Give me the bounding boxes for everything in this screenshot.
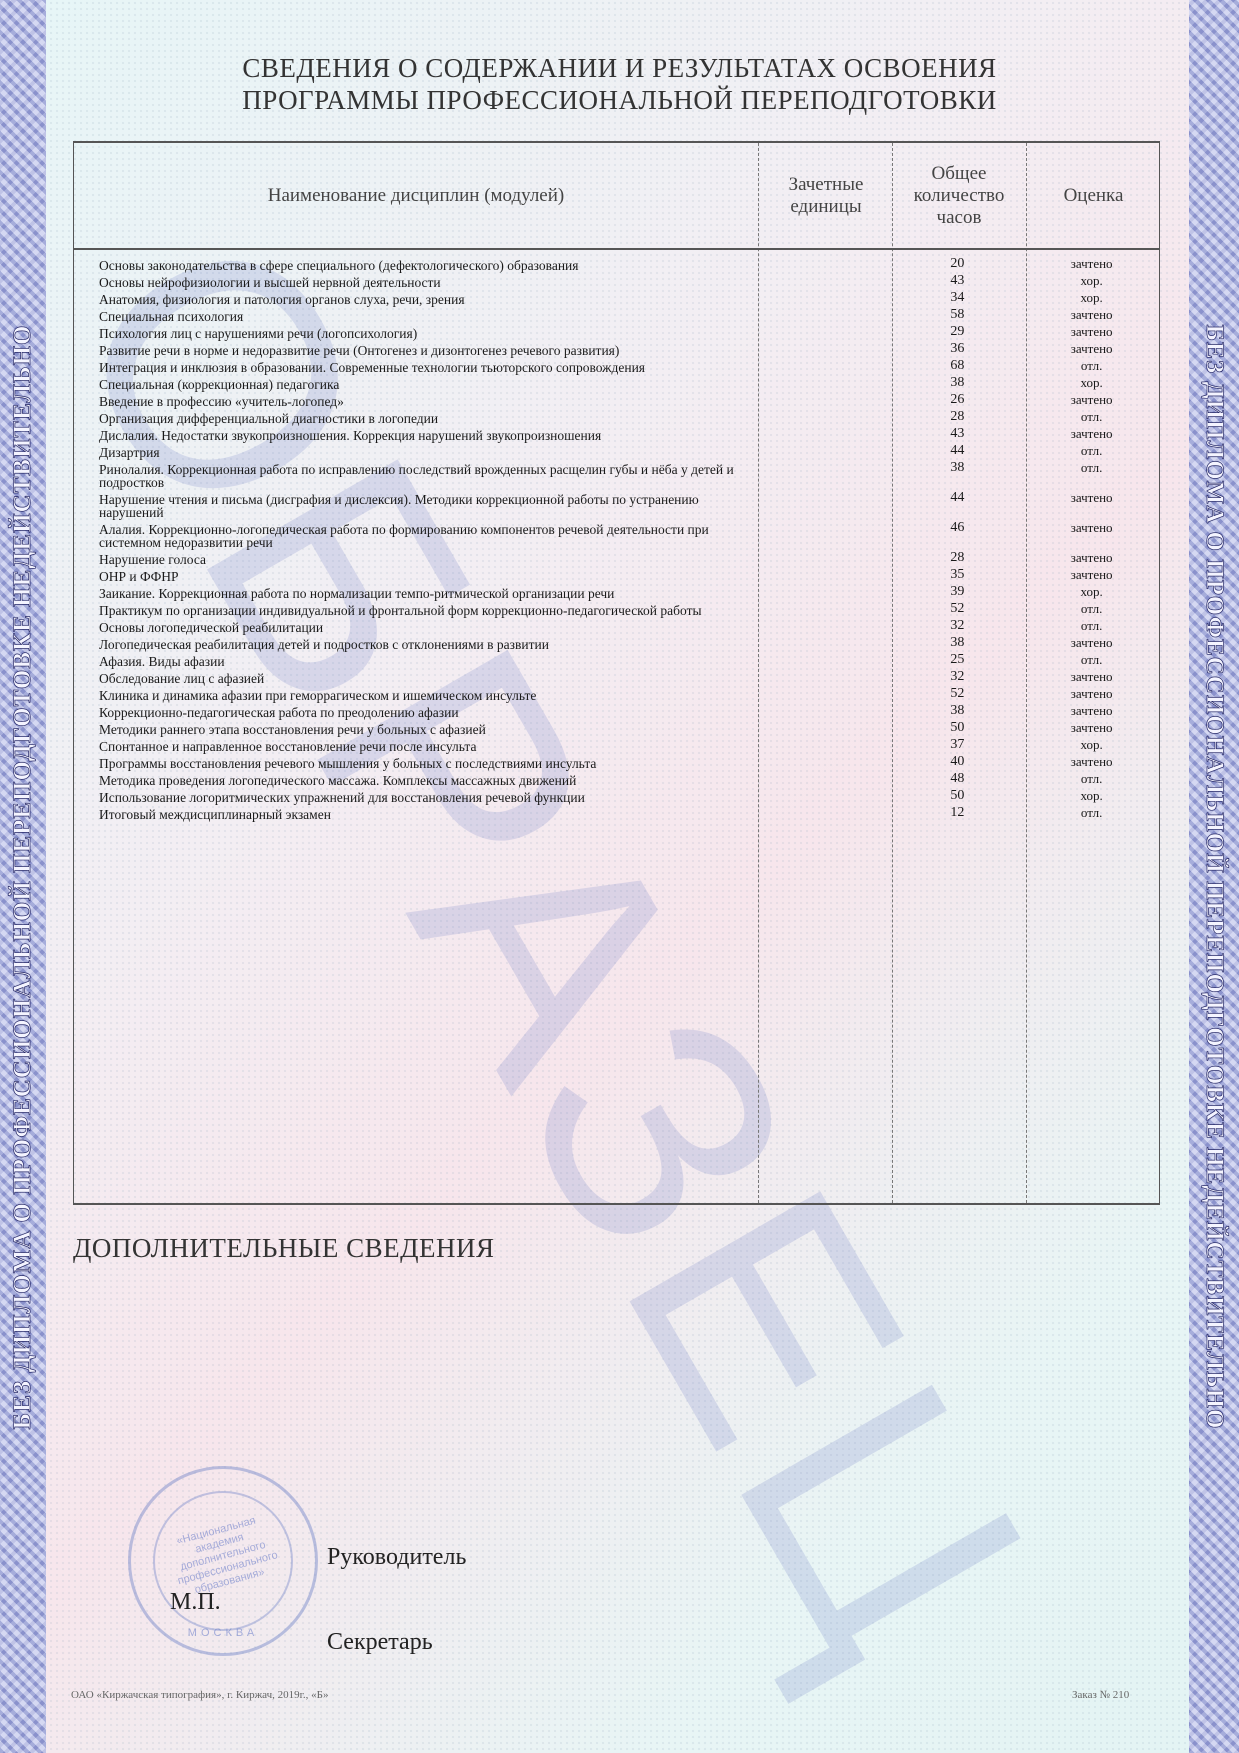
hours-cell: 38 — [891, 636, 1025, 653]
discipline-name: Логопедическая реабилитация детей и подр… — [74, 636, 757, 653]
discipline-name: Методика проведения логопедического масс… — [74, 772, 757, 789]
grade-cell: хор. — [1024, 291, 1159, 308]
discipline-name: Обследование лиц с афазией — [74, 670, 757, 687]
grade-cell: отл. — [1024, 444, 1159, 461]
hours-cell: 39 — [891, 585, 1025, 602]
hours-cell: 12 — [891, 806, 1025, 823]
hours-cell: 38 — [891, 376, 1025, 393]
hours-cell: 50 — [891, 721, 1025, 738]
table-row: Алалия. Коррекционно-логопедическая рабо… — [74, 521, 1159, 551]
discipline-name: Основы нейрофизиологии и высшей нервной … — [74, 274, 757, 291]
grade-cell: зачтено — [1024, 491, 1159, 521]
hours-cell: 43 — [891, 427, 1025, 444]
hours-cell: 20 — [891, 257, 1025, 274]
grade-cell: хор. — [1024, 376, 1159, 393]
discipline-name: Коррекционно-педагогическая работа по пр… — [74, 704, 757, 721]
credits-cell — [757, 410, 891, 427]
discipline-name: Итоговый междисциплинарный экзамен — [74, 806, 757, 823]
header-divider — [74, 248, 1159, 250]
hours-cell: 48 — [891, 772, 1025, 789]
discipline-name: Использование логоритмических упражнений… — [74, 789, 757, 806]
credits-cell — [757, 721, 891, 738]
table-row: Использование логоритмических упражнений… — [74, 789, 1159, 806]
credits-cell — [757, 325, 891, 342]
discipline-name: Нарушение чтения и письма (дисграфия и д… — [74, 491, 757, 521]
credits-cell — [757, 491, 891, 521]
credits-cell — [757, 376, 891, 393]
hours-cell: 32 — [891, 619, 1025, 636]
table-row: Введение в профессию «учитель-логопед»26… — [74, 393, 1159, 410]
discipline-name: Заикание. Коррекционная работа по нормал… — [74, 585, 757, 602]
credits-cell — [757, 521, 891, 551]
hours-cell: 43 — [891, 274, 1025, 291]
credits-cell — [757, 806, 891, 823]
grade-cell: зачтено — [1024, 325, 1159, 342]
discipline-name: Ринолалия. Коррекционная работа по испра… — [74, 461, 757, 491]
table-row: Итоговый междисциплинарный экзамен12отл. — [74, 806, 1159, 823]
additional-info-title: ДОПОЛНИТЕЛЬНЫЕ СВЕДЕНИЯ — [73, 1233, 495, 1264]
table-row: Спонтанное и направленное восстановление… — [74, 738, 1159, 755]
table-row: Практикум по организации индивидуальной … — [74, 602, 1159, 619]
grade-cell: отл. — [1024, 410, 1159, 427]
table-row: Анатомия, физиология и патология органов… — [74, 291, 1159, 308]
grade-cell: зачтено — [1024, 521, 1159, 551]
grade-cell: отл. — [1024, 602, 1159, 619]
grade-cell: зачтено — [1024, 704, 1159, 721]
credits-cell — [757, 687, 891, 704]
credits-cell — [757, 551, 891, 568]
discipline-name: Специальная психология — [74, 308, 757, 325]
hours-cell: 52 — [891, 687, 1025, 704]
head-signature-label: Руководитель — [327, 1544, 466, 1571]
discipline-name: Развитие речи в норме и недоразвитие реч… — [74, 342, 757, 359]
grade-cell: зачтено — [1024, 427, 1159, 444]
discipline-name: ОНР и ФФНР — [74, 568, 757, 585]
seal-place-label: М.П. — [170, 1589, 221, 1616]
left-border-text: БЕЗ ДИПЛОМА О ПРОФЕССИОНАЛЬНОЙ ПЕРЕПОДГО… — [9, 324, 37, 1429]
table-row: Психология лиц с нарушениями речи (логоп… — [74, 325, 1159, 342]
table-row: Интеграция и инклюзия в образовании. Сов… — [74, 359, 1159, 376]
header-discipline-name: Наименование дисциплин (модулей) — [74, 143, 758, 248]
credits-cell — [757, 704, 891, 721]
seal-inner-text: «Национальная академия дополнительного п… — [166, 1512, 279, 1601]
table-row: Афазия. Виды афазии25отл. — [74, 653, 1159, 670]
table-row: Нарушение голоса28зачтено — [74, 551, 1159, 568]
hours-cell: 29 — [891, 325, 1025, 342]
grade-cell: отл. — [1024, 772, 1159, 789]
official-seal: «Национальная академия дополнительного п… — [128, 1466, 318, 1656]
hours-cell: 44 — [891, 444, 1025, 461]
hours-cell: 58 — [891, 308, 1025, 325]
table-row: Основы законодательства в сфере специаль… — [74, 257, 1159, 274]
credits-cell — [757, 653, 891, 670]
grade-cell: зачтено — [1024, 670, 1159, 687]
table-row: Специальная психология58зачтено — [74, 308, 1159, 325]
grade-cell: отл. — [1024, 806, 1159, 823]
grade-cell: отл. — [1024, 653, 1159, 670]
hours-cell: 52 — [891, 602, 1025, 619]
grade-cell: зачтено — [1024, 755, 1159, 772]
title-line-2: ПРОГРАММЫ ПРОФЕССИОНАЛЬНОЙ ПЕРЕПОДГОТОВК… — [0, 84, 1239, 116]
grade-cell: зачтено — [1024, 257, 1159, 274]
grade-cell: хор. — [1024, 789, 1159, 806]
table-row: Обследование лиц с афазией32зачтено — [74, 670, 1159, 687]
table-row: Нарушение чтения и письма (дисграфия и д… — [74, 491, 1159, 521]
credits-cell — [757, 772, 891, 789]
credits-cell — [757, 359, 891, 376]
table-row: Основы логопедической реабилитации32отл. — [74, 619, 1159, 636]
discipline-name: Программы восстановления речевого мышлен… — [74, 755, 757, 772]
grade-cell: хор. — [1024, 585, 1159, 602]
discipline-name: Клиника и динамика афазии при геморрагич… — [74, 687, 757, 704]
grade-cell: зачтено — [1024, 568, 1159, 585]
table-row: Методика проведения логопедического масс… — [74, 772, 1159, 789]
hours-cell: 38 — [891, 461, 1025, 491]
header-grade: Оценка — [1026, 143, 1161, 248]
order-number: Заказ № 210 — [1072, 1689, 1129, 1701]
credits-cell — [757, 619, 891, 636]
table-row: Специальная (коррекционная) педагогика38… — [74, 376, 1159, 393]
table-row: Заикание. Коррекционная работа по нормал… — [74, 585, 1159, 602]
discipline-name: Основы логопедической реабилитации — [74, 619, 757, 636]
left-security-border: БЕЗ ДИПЛОМА О ПРОФЕССИОНАЛЬНОЙ ПЕРЕПОДГО… — [0, 0, 46, 1753]
discipline-name: Спонтанное и направленное восстановление… — [74, 738, 757, 755]
table-row: Программы восстановления речевого мышлен… — [74, 755, 1159, 772]
table-row: Организация дифференциальной диагностики… — [74, 410, 1159, 427]
credits-cell — [757, 342, 891, 359]
discipline-name: Нарушение голоса — [74, 551, 757, 568]
hours-cell: 38 — [891, 704, 1025, 721]
hours-cell: 68 — [891, 359, 1025, 376]
table-row: ОНР и ФФНР35зачтено — [74, 568, 1159, 585]
hours-cell: 28 — [891, 551, 1025, 568]
hours-cell: 37 — [891, 738, 1025, 755]
grade-cell: отл. — [1024, 619, 1159, 636]
credits-cell — [757, 738, 891, 755]
credits-cell — [757, 789, 891, 806]
discipline-name: Психология лиц с нарушениями речи (логоп… — [74, 325, 757, 342]
discipline-name: Основы законодательства в сфере специаль… — [74, 257, 757, 274]
title-line-1: СВЕДЕНИЯ О СОДЕРЖАНИИ И РЕЗУЛЬТАТАХ ОСВО… — [0, 52, 1239, 84]
grade-cell: зачтено — [1024, 308, 1159, 325]
grade-cell: зачтено — [1024, 636, 1159, 653]
hours-cell: 36 — [891, 342, 1025, 359]
discipline-name: Алалия. Коррекционно-логопедическая рабо… — [74, 521, 757, 551]
grade-cell: хор. — [1024, 738, 1159, 755]
table-row: Основы нейрофизиологии и высшей нервной … — [74, 274, 1159, 291]
disciplines-table: Наименование дисциплин (модулей) Зачетны… — [73, 141, 1160, 1205]
hours-cell: 44 — [891, 491, 1025, 521]
grade-cell: отл. — [1024, 461, 1159, 491]
discipline-name: Интеграция и инклюзия в образовании. Сов… — [74, 359, 757, 376]
grade-cell: зачтено — [1024, 342, 1159, 359]
right-border-text: БЕЗ ДИПЛОМА О ПРОФЕССИОНАЛЬНОЙ ПЕРЕПОДГО… — [1200, 324, 1228, 1429]
printer-info: ОАО «Киржачская типография», г. Киржач, … — [71, 1689, 329, 1701]
table-row: Клиника и динамика афазии при геморрагич… — [74, 687, 1159, 704]
discipline-name: Дислалия. Недостатки звукопроизношения. … — [74, 427, 757, 444]
secretary-signature-label: Секретарь — [327, 1629, 433, 1656]
discipline-name: Дизартрия — [74, 444, 757, 461]
table-row: Методики раннего этапа восстановления ре… — [74, 721, 1159, 738]
hours-cell: 32 — [891, 670, 1025, 687]
table-row: Ринолалия. Коррекционная работа по испра… — [74, 461, 1159, 491]
grade-cell: зачтено — [1024, 393, 1159, 410]
credits-cell — [757, 257, 891, 274]
hours-cell: 50 — [891, 789, 1025, 806]
header-credits: Зачетные единицы — [774, 143, 878, 248]
discipline-name: Введение в профессию «учитель-логопед» — [74, 393, 757, 410]
discipline-name: Практикум по организации индивидуальной … — [74, 602, 757, 619]
grade-cell: хор. — [1024, 274, 1159, 291]
credits-cell — [757, 755, 891, 772]
credits-cell — [757, 274, 891, 291]
hours-cell: 40 — [891, 755, 1025, 772]
header-total-hours: Общее количество часов — [904, 143, 1014, 248]
credits-cell — [757, 308, 891, 325]
grade-cell: зачтено — [1024, 551, 1159, 568]
credits-cell — [757, 602, 891, 619]
table-row: Развитие речи в норме и недоразвитие реч… — [74, 342, 1159, 359]
table-row: Дизартрия44отл. — [74, 444, 1159, 461]
credits-cell — [757, 393, 891, 410]
table-body: Основы законодательства в сфере специаль… — [74, 257, 1159, 823]
credits-cell — [757, 670, 891, 687]
credits-cell — [757, 636, 891, 653]
table-row: Логопедическая реабилитация детей и подр… — [74, 636, 1159, 653]
credits-cell — [757, 444, 891, 461]
grade-cell: зачтено — [1024, 687, 1159, 704]
document-title: СВЕДЕНИЯ О СОДЕРЖАНИИ И РЕЗУЛЬТАТАХ ОСВО… — [0, 52, 1239, 116]
hours-cell: 28 — [891, 410, 1025, 427]
discipline-name: Анатомия, физиология и патология органов… — [74, 291, 757, 308]
seal-city: МОСКВА — [131, 1627, 315, 1639]
credits-cell — [757, 427, 891, 444]
discipline-name: Методики раннего этапа восстановления ре… — [74, 721, 757, 738]
credits-cell — [757, 291, 891, 308]
hours-cell: 26 — [891, 393, 1025, 410]
hours-cell: 35 — [891, 568, 1025, 585]
right-security-border: БЕЗ ДИПЛОМА О ПРОФЕССИОНАЛЬНОЙ ПЕРЕПОДГО… — [1189, 0, 1239, 1753]
table-row: Дислалия. Недостатки звукопроизношения. … — [74, 427, 1159, 444]
discipline-name: Организация дифференциальной диагностики… — [74, 410, 757, 427]
credits-cell — [757, 585, 891, 602]
grade-cell: зачтено — [1024, 721, 1159, 738]
hours-cell: 34 — [891, 291, 1025, 308]
table-row: Коррекционно-педагогическая работа по пр… — [74, 704, 1159, 721]
credits-cell — [757, 568, 891, 585]
credits-cell — [757, 461, 891, 491]
discipline-name: Афазия. Виды афазии — [74, 653, 757, 670]
hours-cell: 25 — [891, 653, 1025, 670]
grade-cell: отл. — [1024, 359, 1159, 376]
discipline-name: Специальная (коррекционная) педагогика — [74, 376, 757, 393]
hours-cell: 46 — [891, 521, 1025, 551]
